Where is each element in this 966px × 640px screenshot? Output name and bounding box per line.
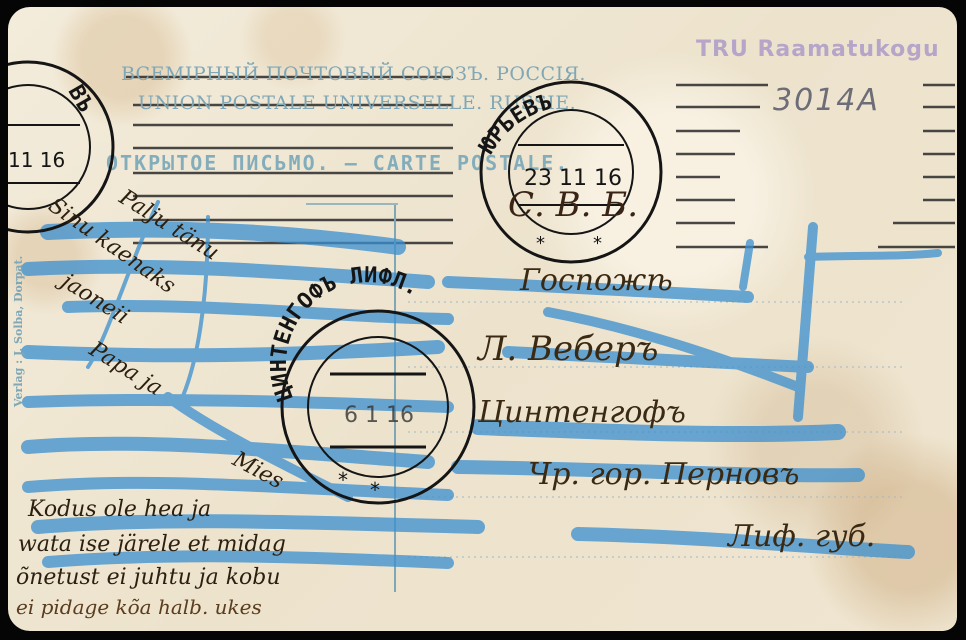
svg-text:ВЪ: ВЪ	[63, 81, 98, 116]
message-line-3: õnetust ei juhtu ja kobu	[16, 565, 281, 590]
address-line-4: Чр. гор. Перновъ	[528, 457, 799, 492]
ink-initials: С. В. Б.	[508, 185, 638, 225]
svg-text:*: *	[338, 468, 348, 492]
svg-text:*: *	[536, 233, 545, 254]
postmark-left-date: 11 16	[8, 148, 65, 172]
svg-text:ЦИНТЕНГОФЪ ЛИФЛ.: ЦИНТЕНГОФЪ ЛИФЛ.	[267, 263, 424, 404]
postcard-back: ВСЕМІРНЫЙ ПОЧТОВЫЙ СОЮЗЪ. РОССІЯ. UNION …	[8, 7, 957, 631]
address-line-3: Цинтенгофъ	[478, 395, 686, 430]
address-line-2: Л. Веберъ	[478, 329, 658, 369]
message-line-2: wata ise järele et midag	[18, 532, 286, 557]
svg-text:*: *	[593, 233, 602, 254]
message-line-1: Kodus ole hea ja	[28, 497, 211, 522]
svg-text:*: *	[370, 478, 380, 502]
address-line-5: Лиф. губ.	[728, 519, 875, 554]
postmark-zintenhof-location: ЦИНТЕНГОФЪ ЛИФЛ.	[267, 263, 424, 404]
address-line-1: Госпожѣ	[520, 263, 673, 298]
postmark-zintenhof-date: 6 1 16	[344, 403, 414, 428]
message-line-4: ei pidage kõa halb. ukes	[16, 595, 262, 619]
